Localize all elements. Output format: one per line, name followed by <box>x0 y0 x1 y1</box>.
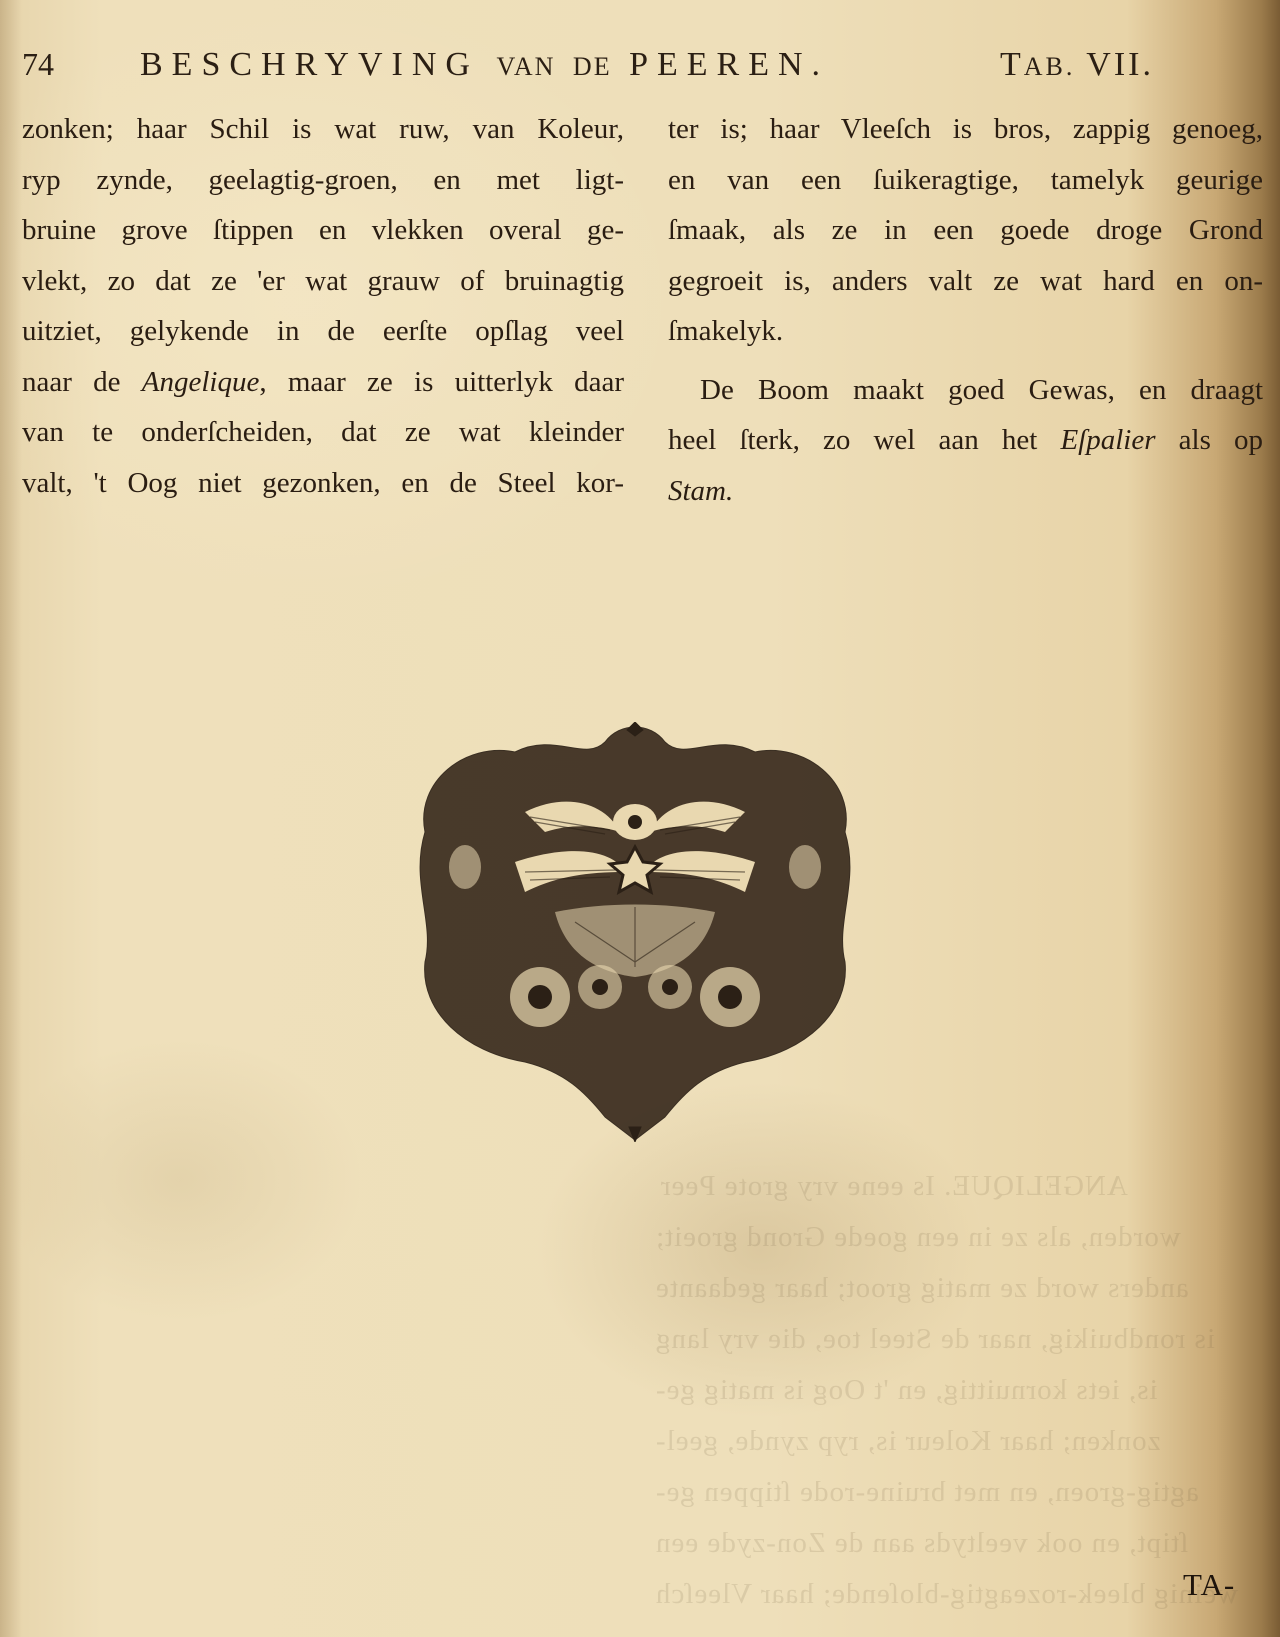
text-line: ſmakelyk. <box>668 306 1263 357</box>
plate-number: VII. <box>1086 46 1154 83</box>
left-text-column: zonken; haar Schil is wat ruw, van Koleu… <box>22 104 624 508</box>
running-head: 74 BESCHRYVING VAN DE PEEREN. TAB. VII. <box>22 46 1182 96</box>
text-fragment: , maar ze is uitterlyk daar <box>259 366 624 398</box>
page-number: 74 <box>22 46 54 83</box>
right-text-column: ter is; haar Vleeſch is bros, zappig gen… <box>668 104 1263 516</box>
text-line: zonken; haar Schil is wat ruw, van Koleu… <box>22 104 624 155</box>
text-line-espalier: heel ſterk, zo wel aan het Eſpalier als … <box>668 415 1263 466</box>
page-edge-shadow <box>0 0 22 1637</box>
plate-tab-rest: AB. <box>1024 52 1076 81</box>
running-title-main: BESCHRYVING <box>140 46 479 83</box>
text-line: van te onderſcheiden, dat ze wat kleinde… <box>22 407 624 458</box>
plate-tab-initial: T <box>1000 46 1024 83</box>
text-fragment: naar de <box>22 366 142 398</box>
running-title: BESCHRYVING VAN DE PEEREN. <box>140 46 829 84</box>
text-line: valt, 't Oog niet gezonken, en de Steel … <box>22 458 624 509</box>
catchword: TA- <box>1183 1567 1235 1603</box>
text-line: gegroeit is, anders valt ze wat hard en … <box>668 256 1263 307</box>
running-title-van: VAN <box>496 52 555 81</box>
text-line: vlekt, zo dat ze 'er wat grauw of bruina… <box>22 256 624 307</box>
book-page: ANGELIQUE. Is eene vry grote Peer worden… <box>0 0 1280 1637</box>
text-fragment: heel ſterk, zo wel aan het <box>668 424 1060 456</box>
italic-term-espalier: Eſpalier <box>1060 424 1155 456</box>
italic-term-angelique: Angelique <box>142 366 260 398</box>
text-line: ter is; haar Vleeſch is bros, zappig gen… <box>668 104 1263 155</box>
text-fragment: als op <box>1156 424 1264 456</box>
plate-reference: TAB. VII. <box>1000 46 1154 84</box>
italic-term-stam: Stam. <box>668 466 1263 517</box>
paragraph-start-line: De Boom maakt goed Gewas, en draagt <box>668 365 1263 416</box>
tailpiece-ornament-icon <box>405 722 865 1142</box>
text-line: ryp zynde, geelagtig-groen, en met ligt- <box>22 155 624 206</box>
text-line-angelique: naar de Angelique, maar ze is uitterlyk … <box>22 357 624 408</box>
text-line: uitziet, gelykende in de eerſte opſlag v… <box>22 306 624 357</box>
text-line: en van een ſuikeragtige, tamelyk geurige <box>668 155 1263 206</box>
text-line: ſmaak, als ze in een goede droge Grond <box>668 205 1263 256</box>
running-title-de: DE <box>573 52 612 81</box>
text-line: bruine grove ſtippen en vlekken overal g… <box>22 205 624 256</box>
running-title-peeren: PEEREN. <box>629 46 829 83</box>
